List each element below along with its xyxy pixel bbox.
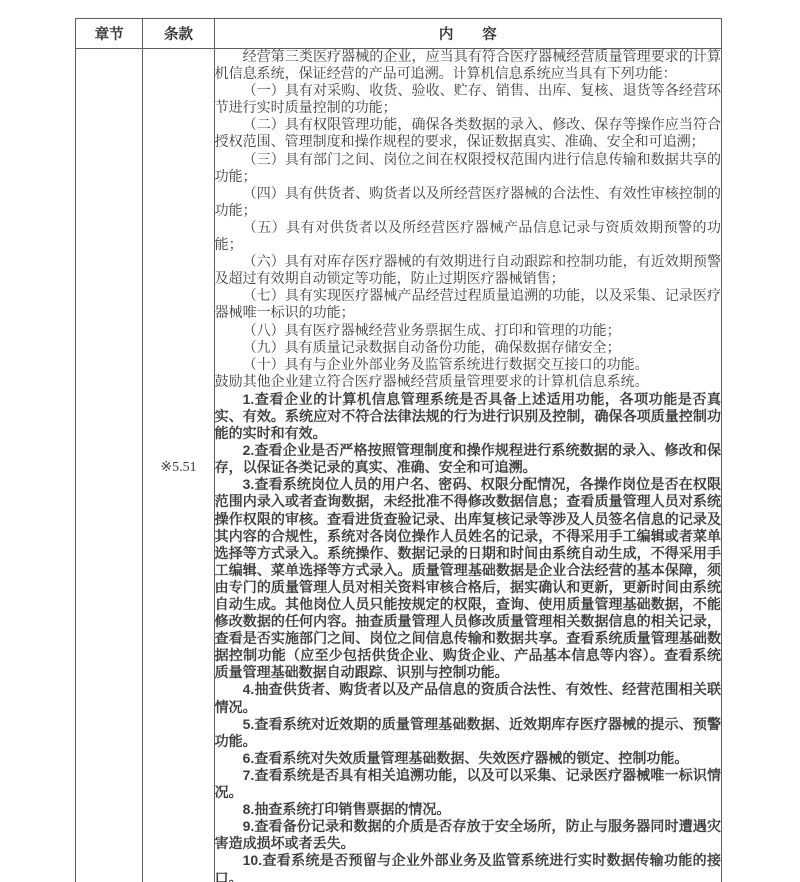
inspection-item: 4.抽查供货者、购货者以及产品信息的资质合法性、有效性、经营范围相关联情况。 [215,681,721,715]
header-content: 内 容 [214,19,721,49]
regulation-paragraph: （二）具有权限管理功能，确保各类数据的录入、修改、保存等操作应当符合授权范围、管… [215,117,721,151]
regulation-paragraph: （五）具有对供货者以及所经营医疗器械产品信息记录与资质效期预警的功能； [215,220,721,254]
inspection-item: 3.查看系统岗位人员的用户名、密码、权限分配情况，各操作岗位是否在权限范围内录入… [215,476,721,681]
regulation-paragraph: （九）具有质量记录数据自动备份功能，确保数据存储安全； [215,340,721,357]
inspection-item: 1.查看企业的计算机信息管理系统是否具备上述适用功能，各项功能是否真实、有效。系… [215,391,721,442]
header-clause: 条款 [143,19,214,49]
regulation-paragraph: 经营第三类医疗器械的企业，应当具有符合医疗器械经营质量管理要求的计算机信息系统，… [215,49,721,83]
inspection-item: 6.查看系统对失效质量管理基础数据、失效医疗器械的锁定、控制功能。 [215,750,721,767]
regulation-paragraph: （六）具有对库存医疗器械的有效期进行自动跟踪和控制功能，有近效期预警及超过有效期… [215,254,721,288]
inspection-item: 9.查看备份记录和数据的介质是否存放于安全场所，防止与服务器同时遭遇灾害造成损坏… [215,818,721,852]
regulation-paragraph: （四）具有供货者、购货者以及所经营医疗器械的合法性、有效性审核控制的功能； [215,186,721,220]
chapter-cell [76,49,143,882]
regulation-paragraph: （七）具有实现医疗器械产品经营过程质量追溯的功能，以及采集、记录医疗器械唯一标识… [215,288,721,322]
document-page: 章节 条款 内 容 ※5.51 经营第三类医疗器械的企业，应当具有符合医疗器械经… [0,0,800,882]
table-header-row: 章节 条款 内 容 [76,19,722,49]
regulation-table: 章节 条款 内 容 ※5.51 经营第三类医疗器械的企业，应当具有符合医疗器械经… [75,18,722,882]
inspection-item: 7.查看系统是否具有相关追溯功能，以及可以采集、记录医疗器械唯一标识情况。 [215,767,721,801]
header-chapter: 章节 [76,19,143,49]
regulation-paragraph: （一）具有对采购、收货、验收、贮存、销售、出库、复核、退货等各经营环节进行实时质… [215,83,721,117]
content-cell: 经营第三类医疗器械的企业，应当具有符合医疗器械经营质量管理要求的计算机信息系统，… [214,49,721,882]
regulation-paragraph: （十）具有与企业外部业务及监管系统进行数据交互接口的功能。 [215,357,721,374]
regulation-paragraph: （八）具有医疗器械经营业务票据生成、打印和管理的功能； [215,323,721,340]
inspection-item: 10.查看系统是否预留与企业外部业务及监管系统进行实时数据传输功能的接口。 [215,852,721,882]
regulation-paragraph: （三）具有部门之间、岗位之间在权限授权范围内进行信息传输和数据共享的功能； [215,152,721,186]
clause-cell: ※5.51 [143,49,214,882]
regulation-paragraph-encourage: 鼓励其他企业建立符合医疗器械经营质量管理要求的计算机信息系统。 [215,374,721,391]
table-row: ※5.51 经营第三类医疗器械的企业，应当具有符合医疗器械经营质量管理要求的计算… [76,49,722,882]
inspection-item: 5.查看系统对近效期的质量管理基础数据、近效期库存医疗器械的提示、预警功能。 [215,716,721,750]
inspection-item: 2.查看企业是否严格按照管理制度和操作规程进行系统数据的录入、修改和保存，以保证… [215,442,721,476]
inspection-item: 8.抽查系统打印销售票据的情况。 [215,801,721,818]
